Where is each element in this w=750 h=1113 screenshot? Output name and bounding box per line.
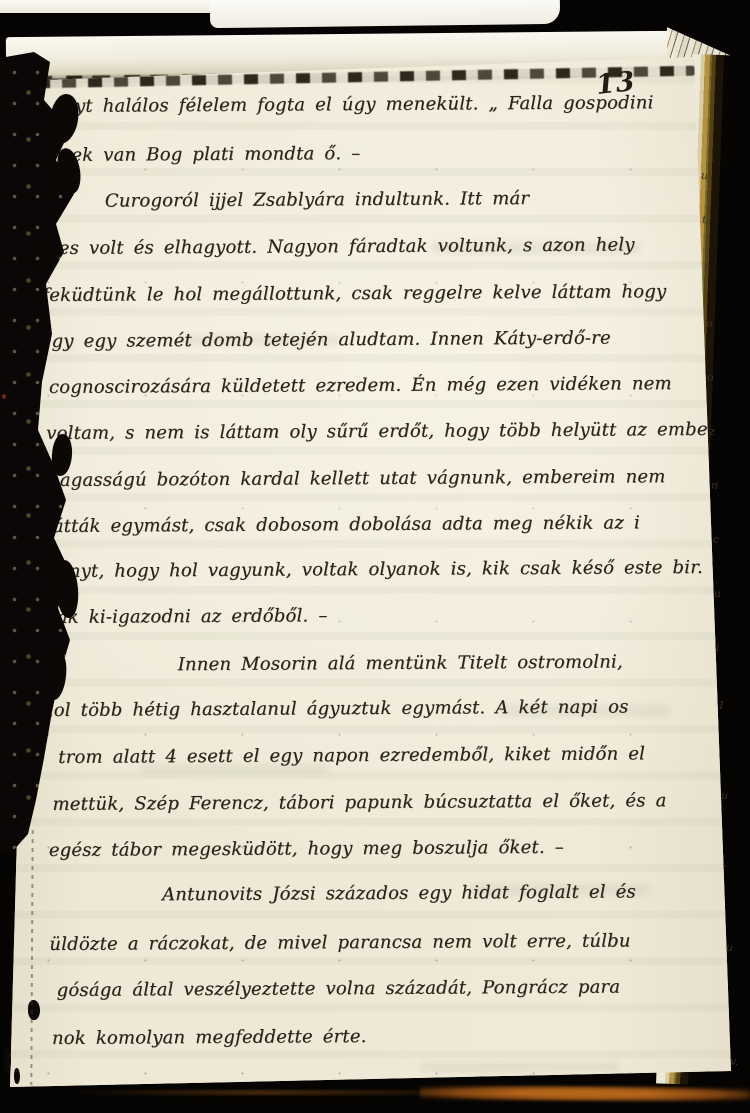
next-page-text-fragment: u — [714, 588, 721, 599]
next-page-text-fragment: t, — [702, 214, 710, 225]
next-page-text-fragment: o — [705, 318, 712, 329]
next-page-text-fragment: u — [700, 170, 707, 181]
next-page-text-fragment: z — [709, 426, 715, 437]
next-page-text-fragment: r — [703, 262, 709, 273]
next-page-text-fragment: i — [716, 642, 720, 653]
next-page-text-fragment: c — [712, 534, 719, 545]
photo-background: 13 ányt halálos félelem fogta el úgy men… — [0, 0, 750, 1113]
next-page-text-fragment: u — [721, 790, 728, 801]
next-page-fragments: ut,roozncui1u-uv. — [0, 0, 750, 1113]
next-page-text-fragment: - — [723, 860, 727, 871]
next-page-text-fragment: 1 — [718, 700, 725, 711]
next-page-text-fragment: o — [707, 372, 714, 383]
next-page-text-fragment: v. — [730, 1056, 739, 1067]
next-page-text-fragment: u — [726, 942, 733, 953]
next-page-text-fragment: n — [711, 480, 718, 491]
